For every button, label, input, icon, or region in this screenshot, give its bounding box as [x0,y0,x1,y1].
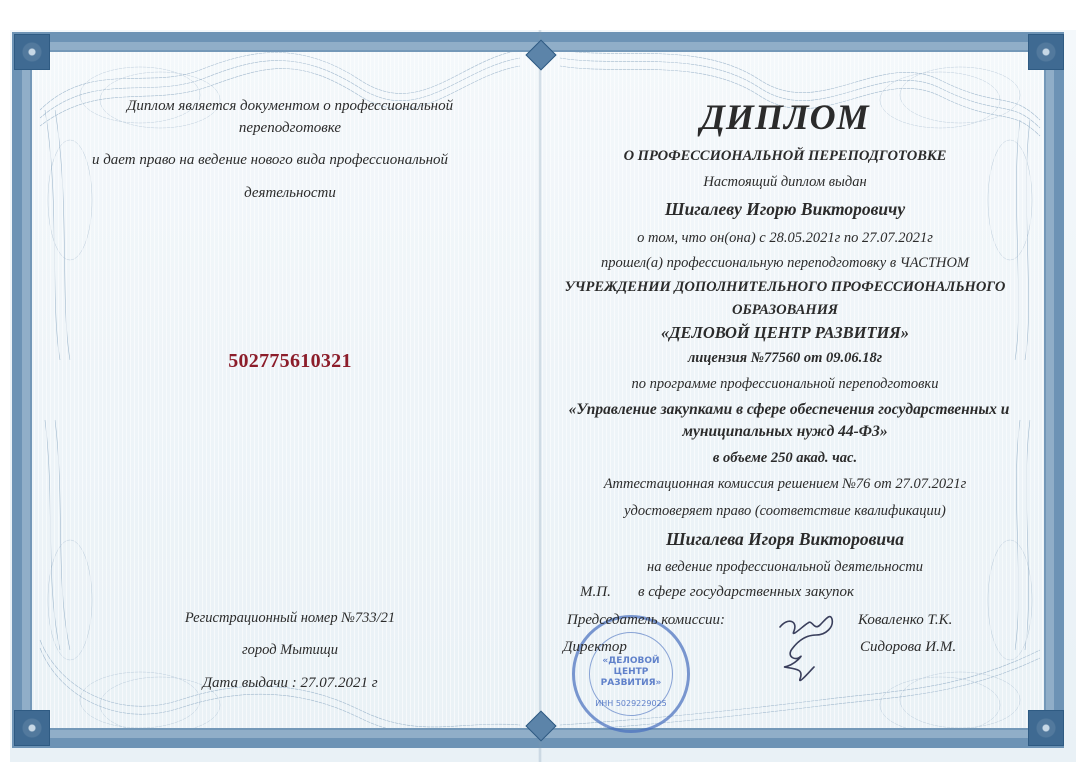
organization-stamp: «ДЕЛОВОЙ ЦЕНТР РАЗВИТИЯ» ИНН 5029229025 [572,615,690,733]
intro-text-line: переподготовке [60,120,520,137]
program-label: по программе профессиональной переподгот… [545,376,1025,393]
program-title: «Управление закупками в сфере обеспечени… [533,401,1045,419]
issue-date: Дата выдачи : 27.07.2021 г [60,675,520,692]
stamp-text: «ДЕЛОВОЙ ЦЕНТР РАЗВИТИЯ» [575,656,687,689]
license-info: лицензия №77560 от 09.06.18г [545,350,1025,367]
registration-number: Регистрационный номер №733/21 [60,610,520,627]
issue-city: город Мытищи [60,642,520,659]
corner-rosette-icon [14,710,50,746]
institution-line: УЧРЕЖДЕНИИ ДОПОЛНИТЕЛЬНОГО ПРОФЕССИОНАЛЬ… [545,279,1025,296]
intro-text-line: деятельности [60,185,520,202]
corner-rosette-icon [14,34,50,70]
corner-rosette-icon [1028,34,1064,70]
corner-rosette-icon [1028,710,1064,746]
intro-text-line: и дает право на ведение нового вида проф… [20,152,520,169]
recipient-name-genitive: Шигалева Игоря Викторовича [545,529,1025,550]
chairman-name: Коваленко Т.К. [858,612,952,629]
stamp-inn: ИНН 5029229025 [575,699,687,708]
activity-line: в сфере государственных закупок [638,584,854,601]
issued-to-label: Настоящий диплом выдан [545,174,1025,191]
director-name: Сидорова И.М. [860,639,956,656]
study-period: о том, что он(она) с 28.05.2021г по 27.0… [545,230,1025,247]
seal-label: М.П. [580,584,611,601]
stamp-line: РАЗВИТИЯ» [575,678,687,689]
left-page: Диплом является документом о профессиона… [60,60,520,722]
chairman-label: Председатель комиссии: [567,612,725,629]
center-fold [538,30,542,762]
program-volume: в объеме 250 акад. час. [545,450,1025,467]
institution-line: прошел(а) профессиональную переподготовк… [545,255,1025,272]
institution-line: ОБРАЗОВАНИЯ [545,302,1025,319]
stamp-line: «ДЕЛОВОЙ [575,656,687,667]
intro-text-line: Диплом является документом о профессиона… [60,98,520,115]
signature-icon [770,605,840,685]
certifies-right: удостоверяет право (соответствие квалифи… [545,503,1025,520]
stamp-line: ЦЕНТР [575,667,687,678]
commission-decision: Аттестационная комиссия решением №76 от … [545,476,1025,493]
director-label: Директор [563,639,627,656]
recipient-name: Шигалеву Игорю Викторовичу [545,199,1025,220]
diploma-title: ДИПЛОМ [545,96,1025,138]
institution-name: «ДЕЛОВОЙ ЦЕНТР РАЗВИТИЯ» [545,323,1025,343]
program-title: муниципальных нужд 44-ФЗ» [545,423,1025,441]
diploma-subtitle: О ПРОФЕССИОНАЛЬНОЙ ПЕРЕПОДГОТОВКЕ [545,148,1025,165]
activity-line: на ведение профессиональной деятельности [545,559,1025,576]
diploma-serial-number: 502775610321 [60,350,520,373]
